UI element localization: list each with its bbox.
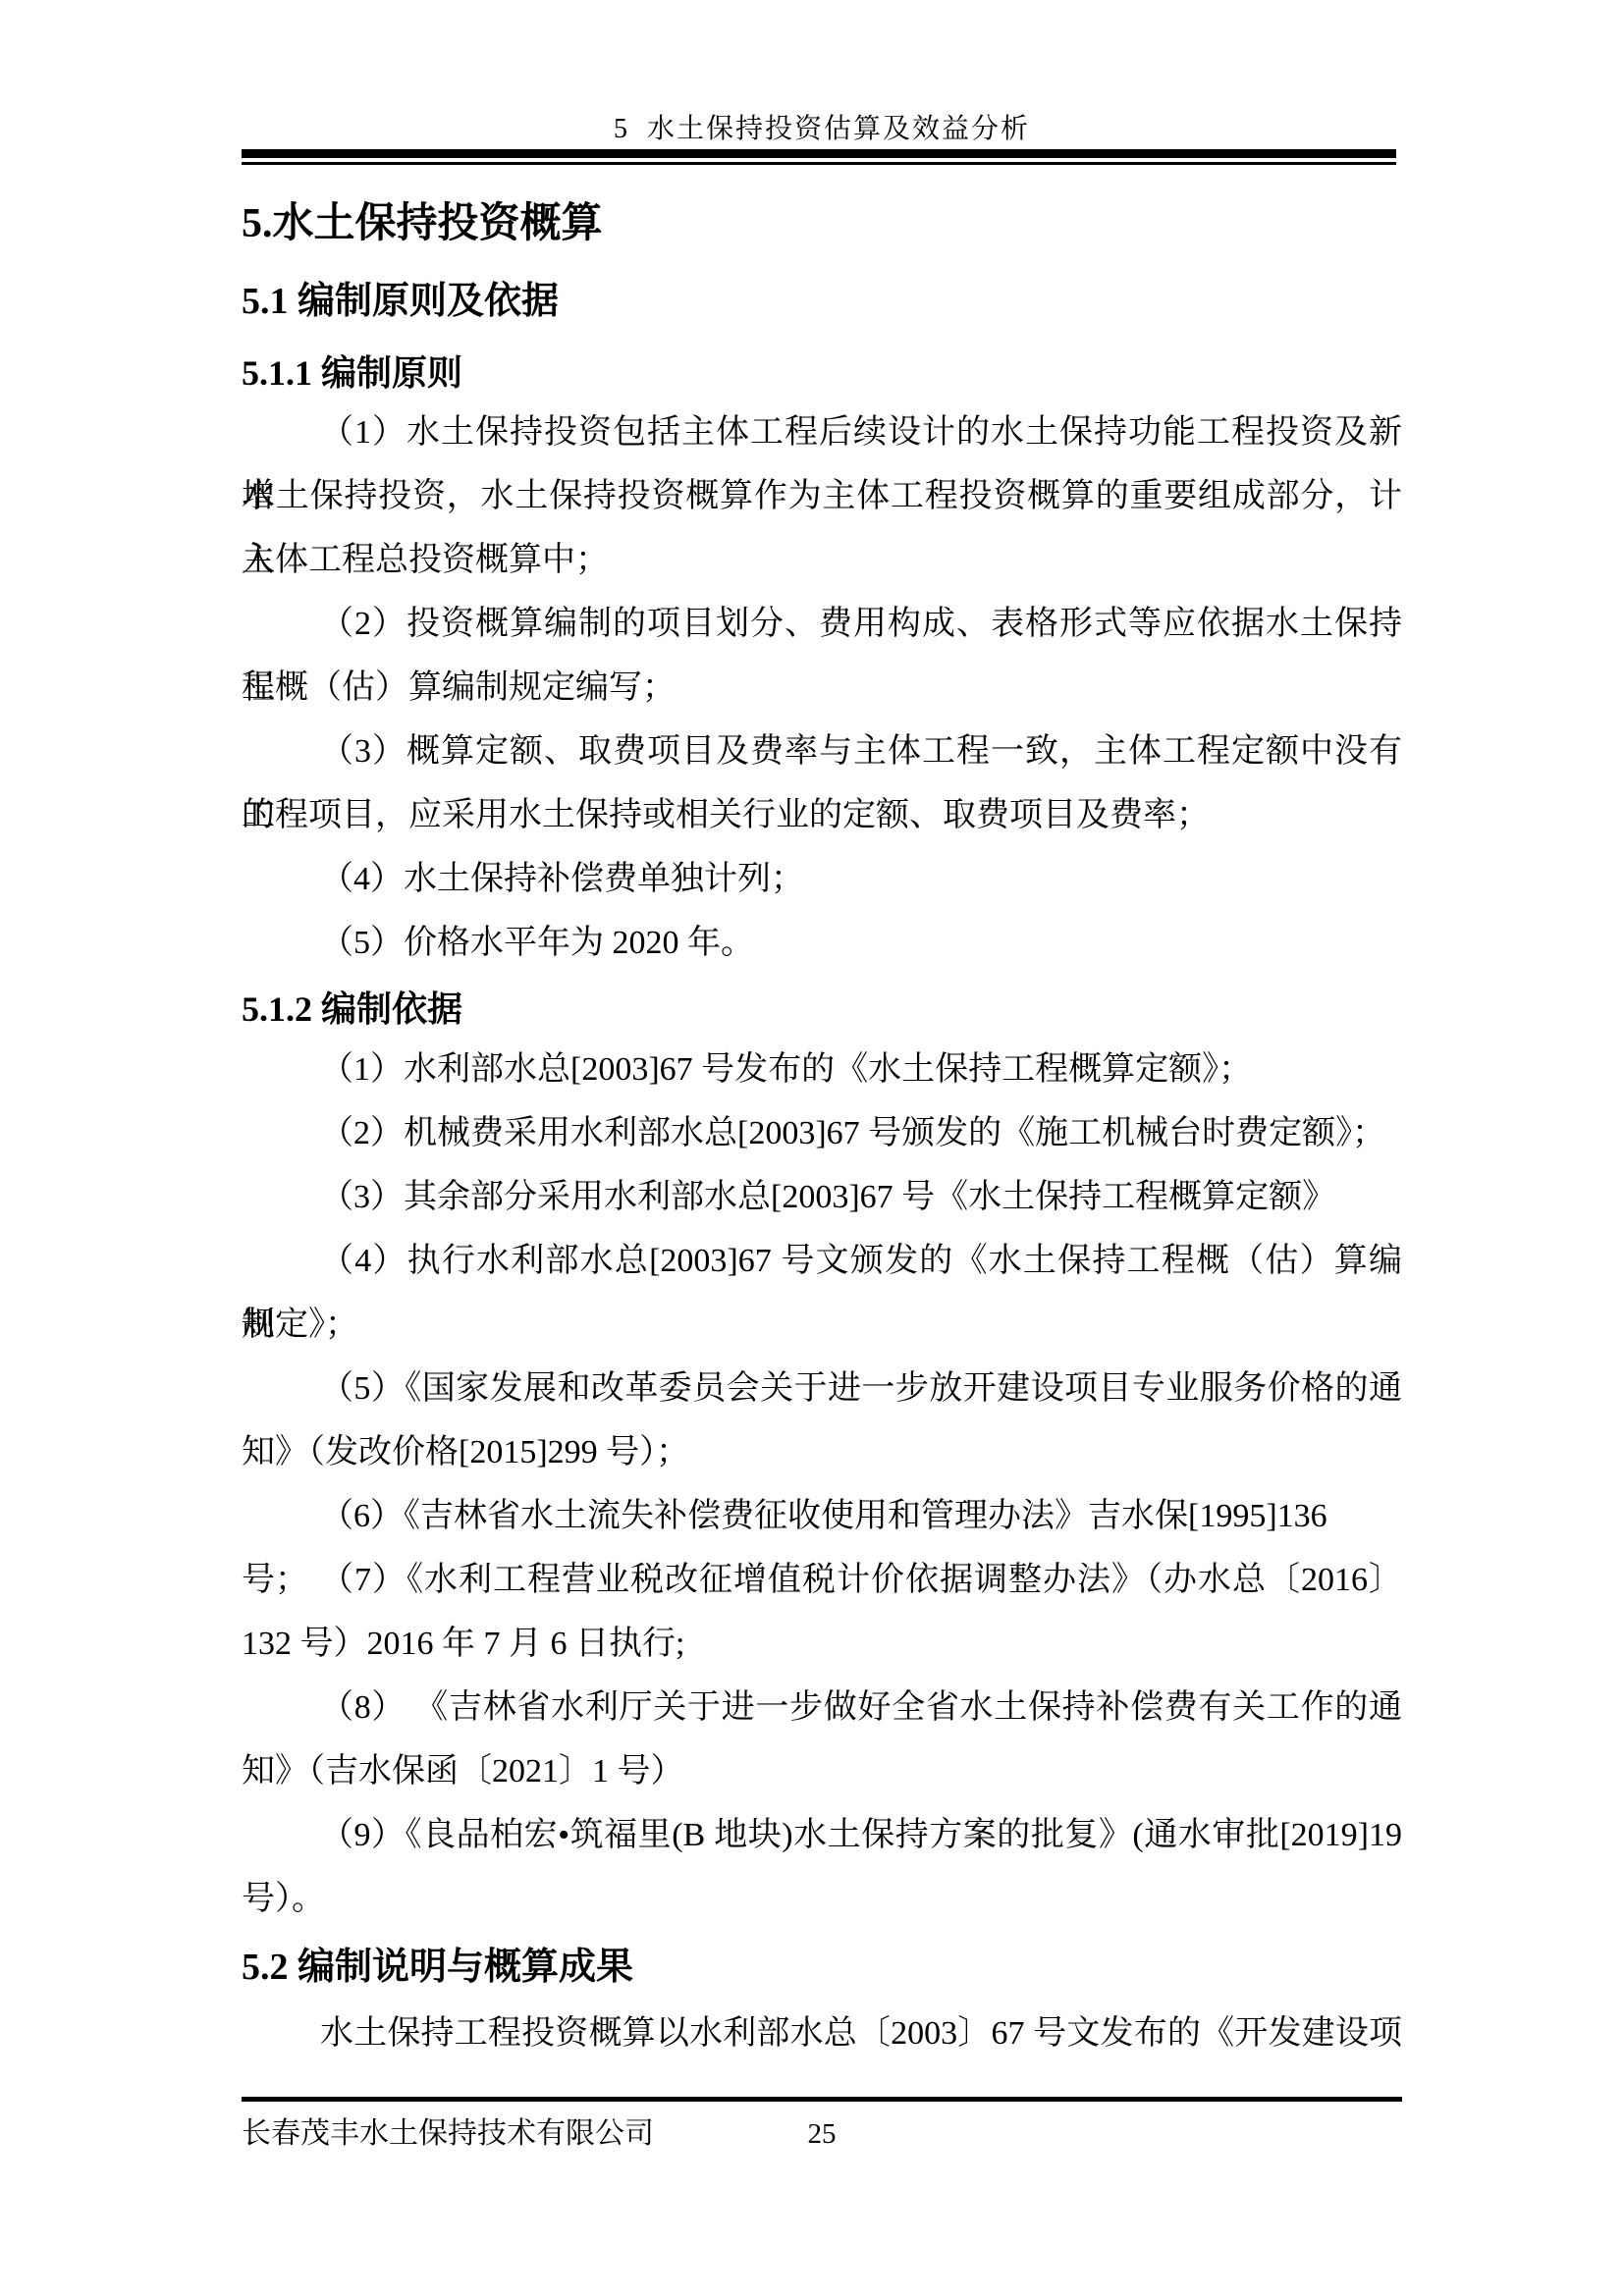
- document-body: 5.水土保持投资概算 5.1 编制原则及依据 5.1.1 编制原则 （1）水土保…: [242, 165, 1402, 2065]
- body-line: （5）价格水平年为 2020 年。: [242, 911, 1402, 975]
- body-line: （8） 《吉林省水利厅关于进一步做好全省水土保持补偿费有关工作的通: [242, 1676, 1402, 1739]
- body-line: （7）《水利工程营业税改征增值税计价依据调整办法》（办水总〔2016〕: [242, 1548, 1402, 1612]
- subsection-heading-5-1-2: 5.1.2 编制依据: [242, 981, 1402, 1038]
- body-line: （9）《良品柏宏•筑福里(B 地块)水土保持方案的批复》(通水审批[2019]1…: [242, 1803, 1402, 1867]
- body-line: （2）投资概算编制的项目划分、费用构成、表格形式等应依据水土保持工: [242, 592, 1402, 656]
- body-line: （3）其余部分采用水利部水总[2003]67 号《水土保持工程概算定额》: [242, 1165, 1402, 1229]
- body-line: （4）水土保持补偿费单独计列；: [242, 847, 1402, 911]
- body-line: 知》（发改价格[2015]299 号）；: [242, 1420, 1402, 1484]
- body-line: （6）《吉林省水土流失补偿费征收使用和管理办法》吉水保[1995]136 号；: [242, 1484, 1402, 1548]
- body-line: 水土保持投资，水土保持投资概算作为主体工程投资概算的重要组成部分，计入: [242, 464, 1402, 528]
- section-heading-5-2: 5.2 编制说明与概算成果: [242, 1939, 1402, 1996]
- body-line: （1）水土保持投资包括主体工程后续设计的水土保持功能工程投资及新增: [242, 400, 1402, 464]
- body-line: （2）机械费采用水利部水总[2003]67 号颁发的《施工机械台时费定额》；: [242, 1101, 1402, 1165]
- body-line: 规定》；: [242, 1293, 1402, 1357]
- body-line: （4）执行水利部水总[2003]67 号文颁发的《水土保持工程概（估）算编制: [242, 1229, 1402, 1293]
- footer-rule: [242, 2097, 1402, 2102]
- footer-page-number: 25: [242, 2112, 1402, 2156]
- section-heading-5-1: 5.1 编制原则及依据: [242, 273, 1402, 330]
- body-line: 程概（估）算编制规定编写；: [242, 656, 1402, 720]
- body-line: 工程项目，应采用水土保持或相关行业的定额、取费项目及费率；: [242, 783, 1402, 847]
- body-line: 水土保持工程投资概算以水利部水总〔2003〕67 号文发布的《开发建设项: [242, 2002, 1402, 2065]
- body-line: 号）。: [242, 1867, 1402, 1931]
- body-line: （5）《国家发展和改革委员会关于进一步放开建设项目专业服务价格的通: [242, 1357, 1402, 1420]
- body-line: 主体工程总投资概算中；: [242, 528, 1402, 592]
- document-page: 5 水土保持投资估算及效益分析 5.水土保持投资概算 5.1 编制原则及依据 5…: [0, 0, 1624, 2296]
- body-line: （3）概算定额、取费项目及费率与主体工程一致，主体工程定额中没有的: [242, 720, 1402, 783]
- body-line: （1）水利部水总[2003]67 号发布的《水土保持工程概算定额》；: [242, 1038, 1402, 1101]
- body-line: 132 号）2016 年 7 月 6 日执行;: [242, 1612, 1402, 1676]
- running-header-title: 5 水土保持投资估算及效益分析: [242, 110, 1402, 149]
- header-rule-thick: [242, 149, 1396, 158]
- subsection-heading-5-1-1: 5.1.1 编制原则: [242, 346, 1402, 400]
- chapter-heading-5: 5.水土保持投资概算: [242, 194, 1402, 253]
- body-line: 知》（吉水保函〔2021〕1 号）: [242, 1739, 1402, 1803]
